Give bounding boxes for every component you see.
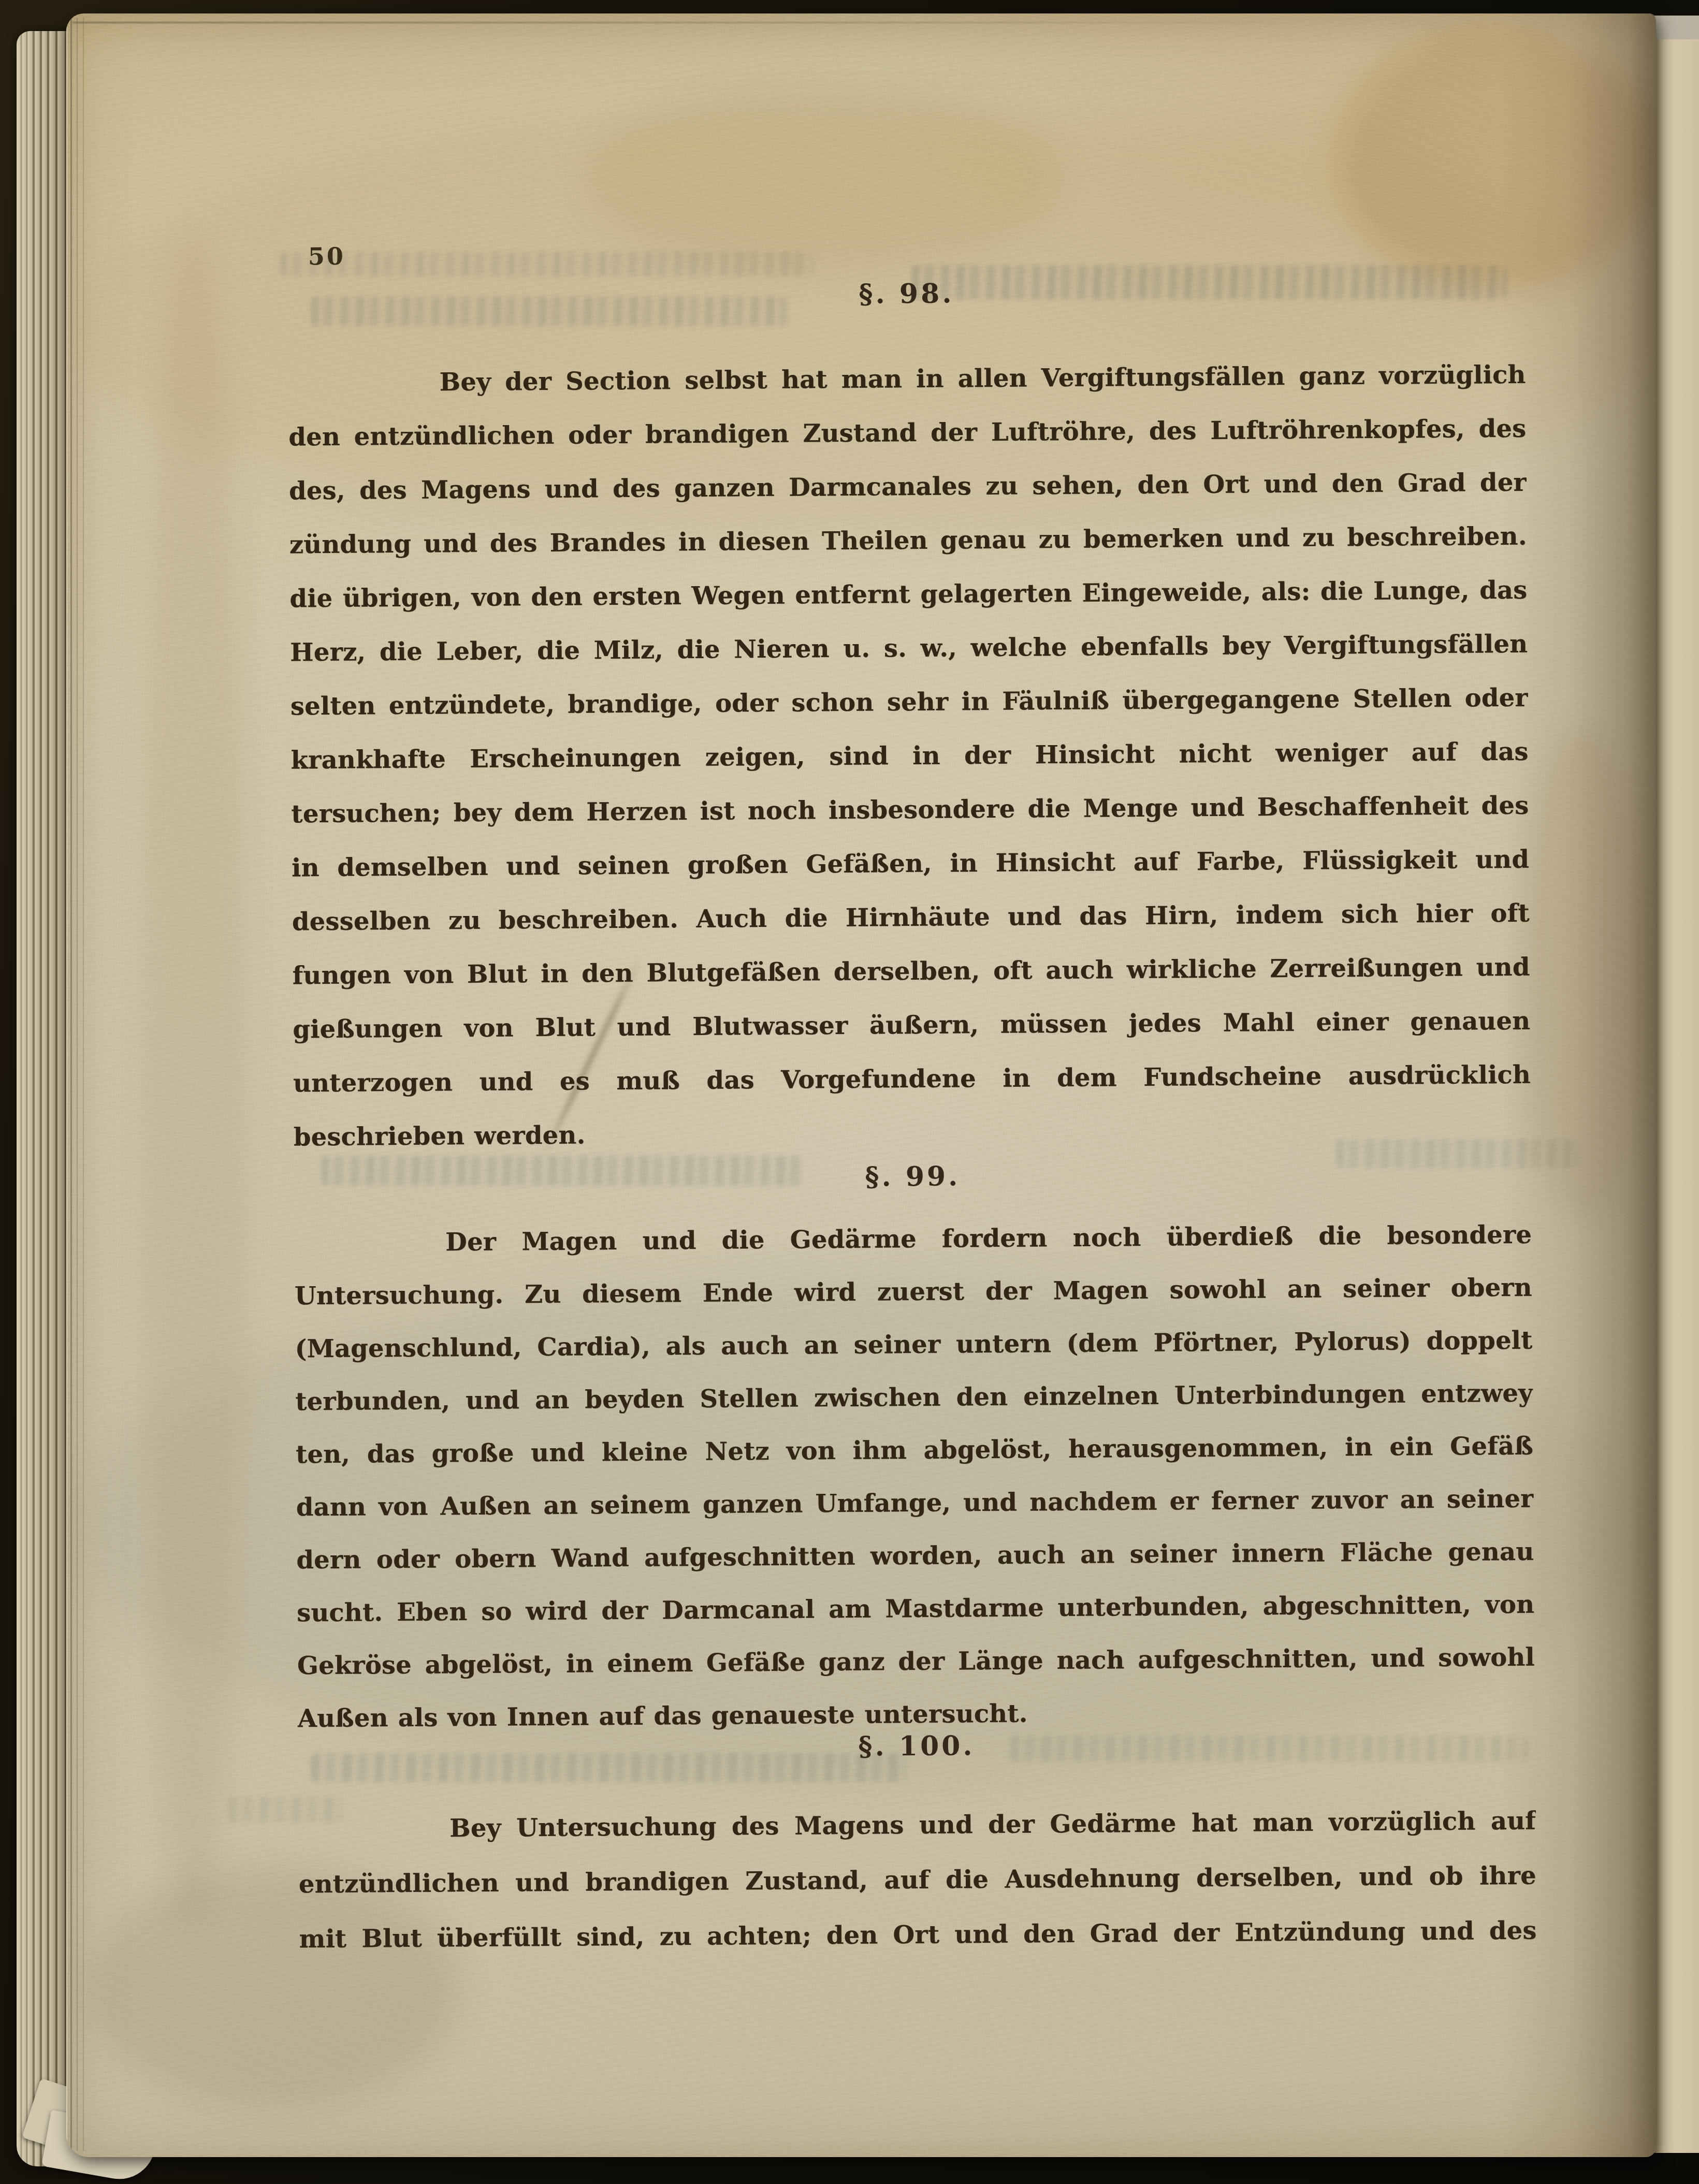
section-heading-98: §. 98. <box>287 274 1525 314</box>
text-line: Herz, die Leber, die Milz, die Nieren u.… <box>290 617 1528 680</box>
text-line: desselben zu beschreiben. Auch die Hirnh… <box>292 886 1530 949</box>
page-edge-stack <box>17 31 69 2166</box>
text-line: dern oder obern Wand aufgeschnitten word… <box>296 1525 1534 1587</box>
text-line: Der Magen und die Gedärme fordern noch ü… <box>294 1209 1532 1270</box>
text-line: mit Blut überfüllt sind, zu achten; den … <box>299 1903 1537 1967</box>
paragraph-99: Der Magen und die Gedärme fordern noch ü… <box>294 1209 1535 1745</box>
book-page: 50 §. 98. Bey der Section selbst hat man… <box>66 13 1656 2157</box>
text-line: ten, das große und kleine Netz von ihm a… <box>296 1420 1534 1481</box>
page-fold-lines <box>66 18 88 2151</box>
adjacent-page <box>1654 16 1699 2153</box>
text-line: zündung und des Brandes in diesen Theile… <box>289 509 1527 572</box>
text-line: Bey Untersuchung des Magens und der Gedä… <box>298 1794 1536 1857</box>
text-line: unterzogen und es muß das Vorgefundene i… <box>293 1048 1531 1111</box>
text-line: des, des Magens und des ganzen Darmcanal… <box>289 456 1527 518</box>
text-line: beschrieben werden. <box>293 1102 1531 1164</box>
text-line: gießungen von Blut und Blutwasser äußern… <box>293 994 1531 1057</box>
text-line: entzündlichen und brandigen Zustand, auf… <box>298 1848 1536 1912</box>
text-line: in demselben und seinen großen Gefäßen, … <box>292 833 1530 895</box>
page-top-edge-line <box>72 22 1284 23</box>
text-line: tersuchen; bey dem Herzen ist noch insbe… <box>291 779 1529 841</box>
text-line: Gekröse abgelöst, in einem Gefäße ganz d… <box>297 1631 1535 1693</box>
paragraph-98: Bey der Section selbst hat man in allen … <box>288 348 1531 1164</box>
page-content: 50 §. 98. Bey der Section selbst hat man… <box>287 225 1537 2004</box>
text-line: die übrigen, von den ersten Wegen entfer… <box>289 563 1528 626</box>
text-line: fungen von Blut in den Blutgefäßen derse… <box>292 940 1530 1003</box>
page-number: 50 <box>308 242 345 271</box>
text-line: dann von Außen an seinem ganzen Umfange,… <box>296 1473 1534 1534</box>
paragraph-100: Bey Untersuchung des Magens und der Gedä… <box>298 1794 1537 1967</box>
book-scan-background: 50 §. 98. Bey der Section selbst hat man… <box>0 0 1699 2184</box>
text-line: Untersuchung. Zu diesem Ende wird zuerst… <box>295 1261 1533 1323</box>
text-line: selten entzündete, brandige, oder schon … <box>291 671 1529 734</box>
text-line: krankhafte Erscheinungen zeigen, sind in… <box>291 725 1529 788</box>
text-line: Bey der Section selbst hat man in allen … <box>288 348 1526 411</box>
text-line: terbunden, und an beyden Stellen zwische… <box>295 1367 1533 1429</box>
text-line: sucht. Eben so wird der Darmcanal am Mas… <box>297 1578 1535 1640</box>
text-line: den entzündlichen oder brandigen Zustand… <box>288 402 1527 464</box>
text-line: (Magenschlund, Cardia), als auch an sein… <box>295 1314 1533 1376</box>
